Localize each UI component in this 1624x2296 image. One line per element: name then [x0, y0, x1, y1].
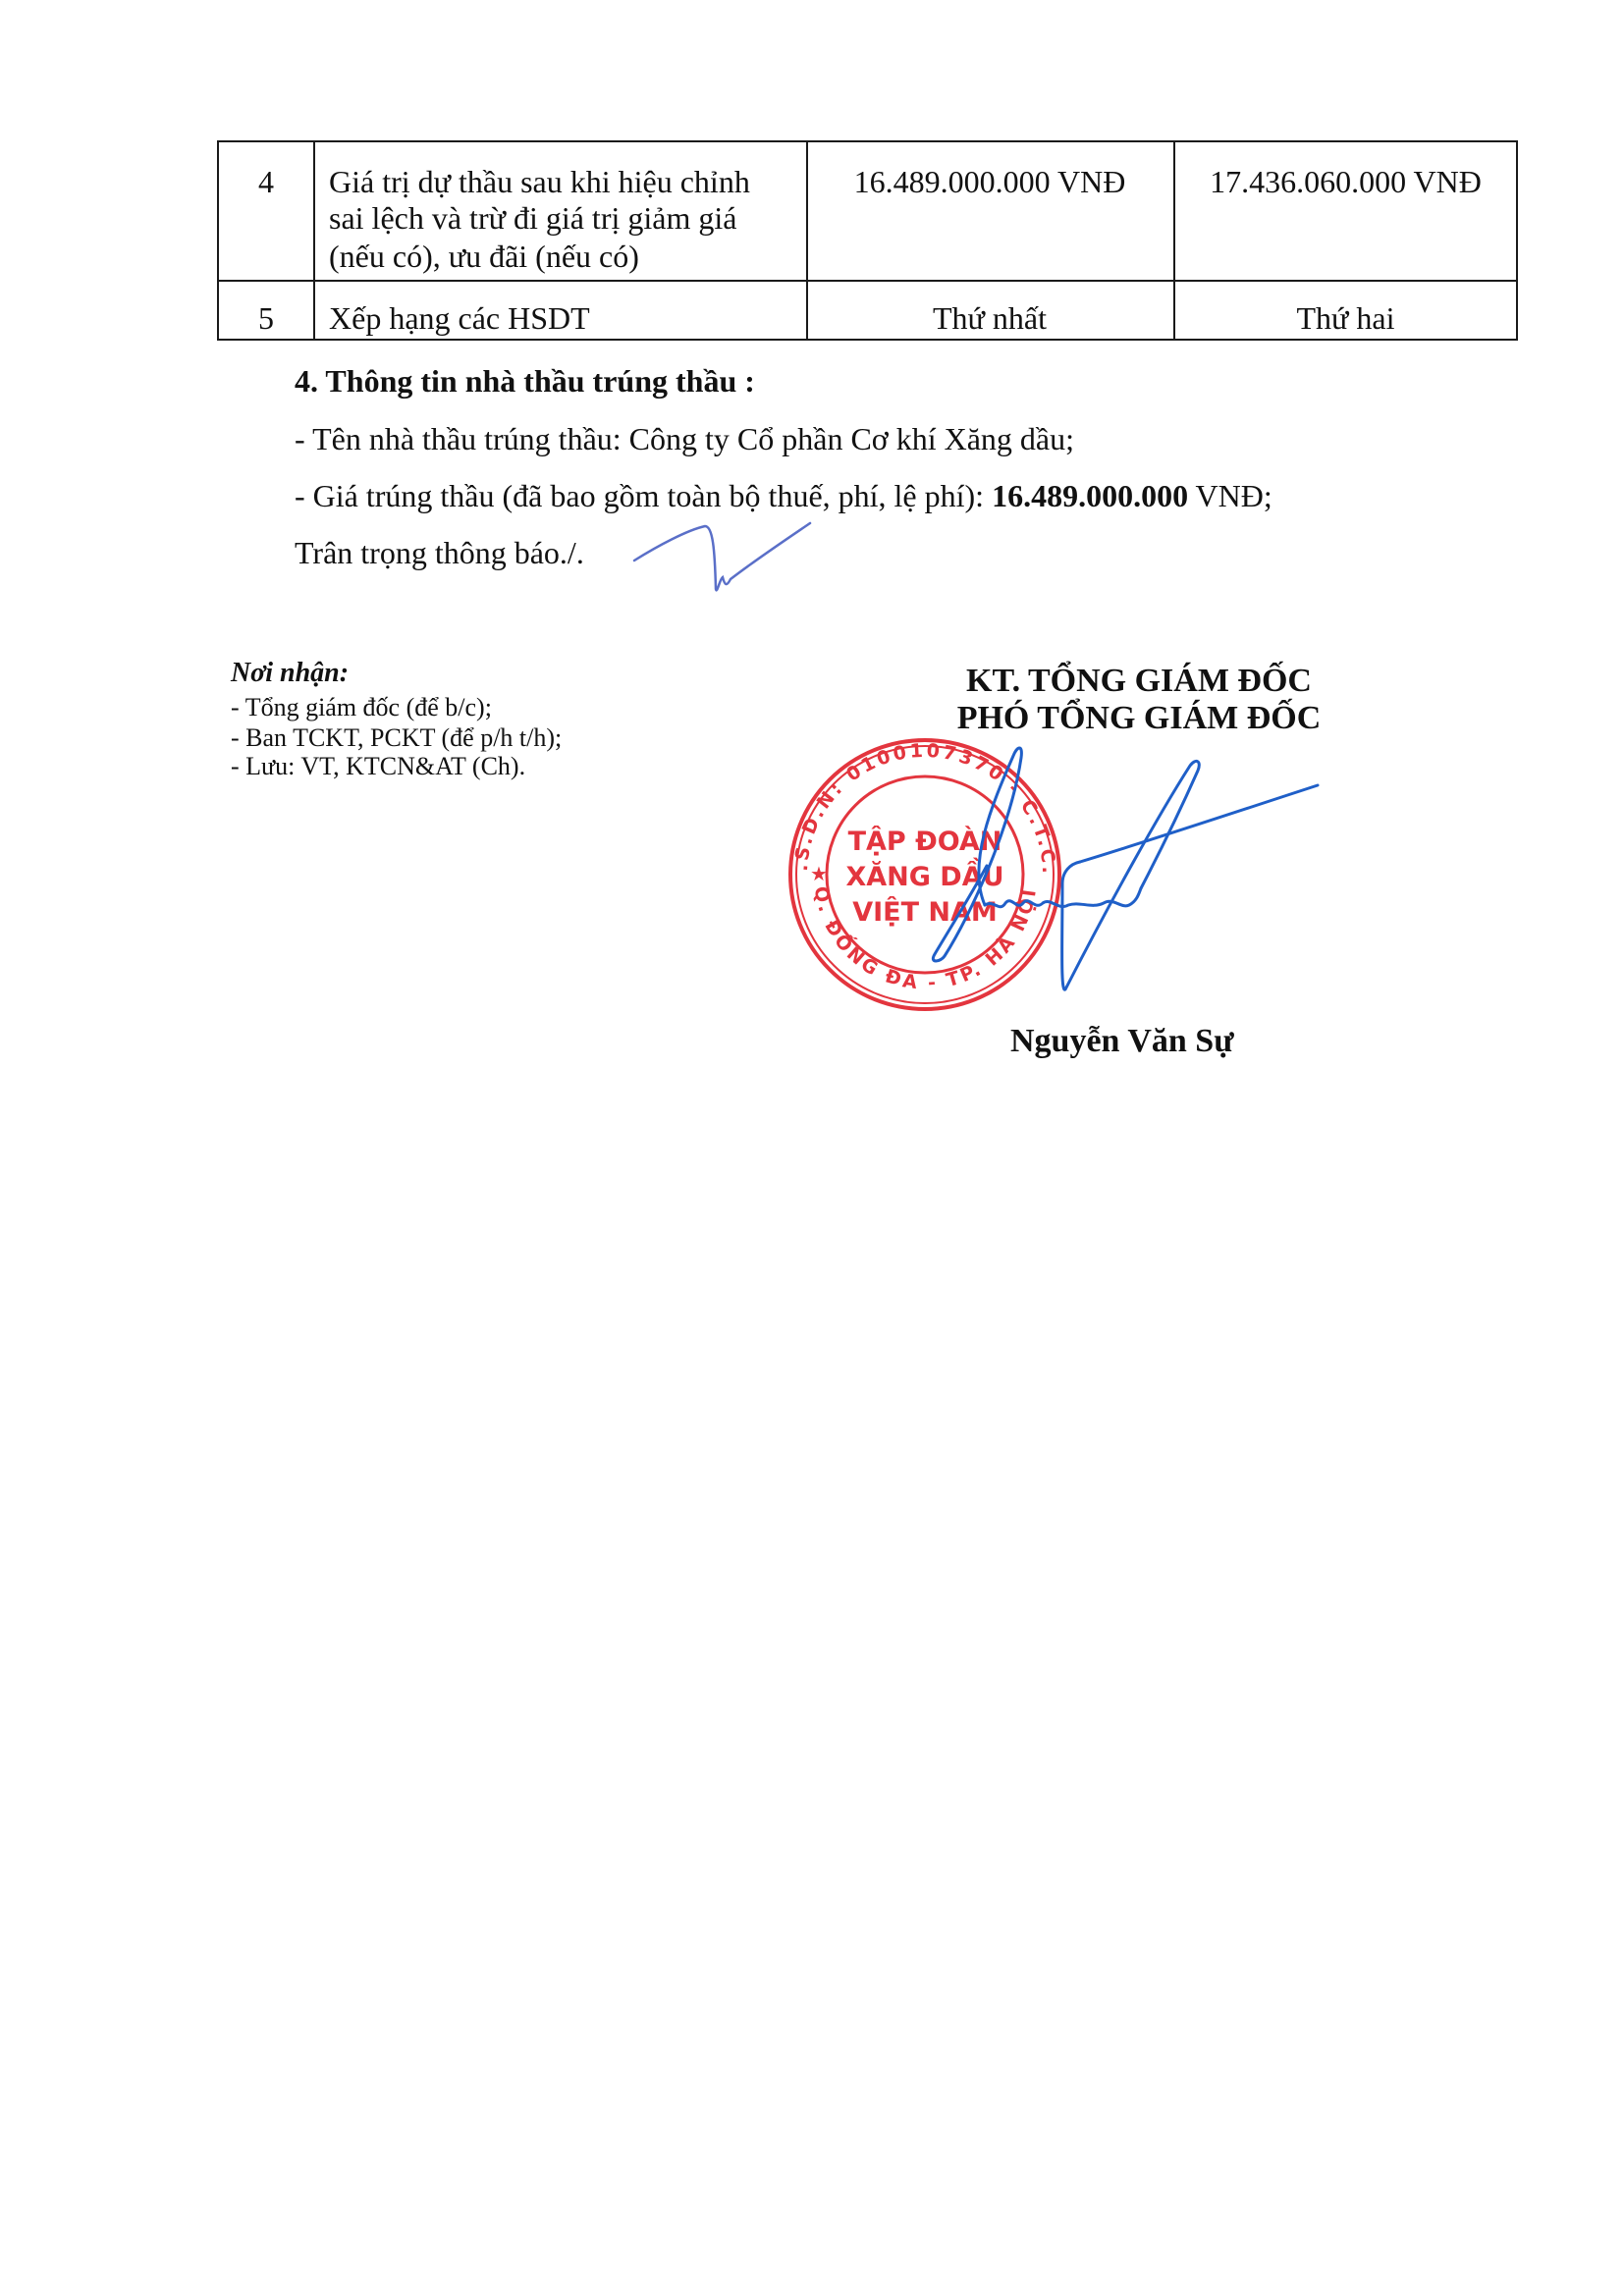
row-number: 4 [219, 163, 313, 201]
bidder-2-rank: Thứ hai [1173, 299, 1518, 338]
winning-price-line: - Giá trúng thầu (đã bao gồm toàn bộ thu… [295, 477, 1272, 514]
price-label: - Giá trúng thầu (đã bao gồm toàn bộ thu… [295, 478, 992, 513]
initials-signature [634, 523, 810, 590]
criterion-line: sai lệch và trừ đi giá trị giảm giá [329, 199, 736, 238]
signer-authority: KT. TỔNG GIÁM ĐỐC [913, 663, 1365, 700]
signer-name: Nguyễn Văn Sự [1010, 1023, 1234, 1060]
svg-text:Q. ĐỐNG ĐA - TP. HÀ NỘI: Q. ĐỐNG ĐA - TP. HÀ NỘI [810, 884, 1042, 993]
section-heading: 4. Thông tin nhà thầu trúng thầu : [295, 362, 755, 400]
price-currency: VNĐ; [1188, 478, 1272, 513]
price-value: 16.489.000.000 [992, 478, 1188, 513]
svg-text:XĂNG DẦU: XĂNG DẦU [845, 858, 1003, 892]
closing-line: Trân trọng thông báo./. [295, 534, 584, 571]
stamp-and-signature-graphics: M.S.D.N: 0100107370 - C.T.C.P Q. ĐỐNG ĐA… [0, 0, 1624, 2296]
criterion-line: Giá trị dự thầu sau khi hiệu chỉnh [329, 163, 750, 201]
criterion-line: (nếu có), ưu đãi (nếu có) [329, 238, 639, 276]
row-divider [219, 280, 1516, 282]
recipient-item: - Lưu: VT, KTCN&AT (Ch). [231, 752, 525, 781]
svg-text:VIỆT NAM: VIỆT NAM [852, 896, 998, 928]
svg-text:TẬP ĐOÀN: TẬP ĐOÀN [848, 826, 1002, 857]
signer-title: PHÓ TỔNG GIÁM ĐỐC [913, 700, 1365, 737]
bidder-1-value: 16.489.000.000 VNĐ [806, 163, 1173, 201]
recipient-item: - Ban TCKT, PCKT (để p/h t/h); [231, 723, 562, 753]
bidder-2-value: 17.436.060.000 VNĐ [1173, 163, 1518, 201]
handwritten-signature [933, 748, 1318, 989]
recipients-title: Nơi nhận: [231, 659, 349, 688]
column-divider [313, 142, 315, 339]
bidder-1-rank: Thứ nhất [806, 299, 1173, 338]
criterion-line: Xếp hạng các HSDT [329, 299, 590, 338]
winner-name-line: - Tên nhà thầu trúng thầu: Công ty Cổ ph… [295, 420, 1074, 457]
evaluation-table: 4 Giá trị dự thầu sau khi hiệu chỉnh sai… [217, 140, 1518, 341]
recipient-item: - Tổng giám đốc (để b/c); [231, 693, 492, 722]
row-number: 5 [219, 299, 313, 338]
svg-text:★: ★ [810, 862, 828, 885]
